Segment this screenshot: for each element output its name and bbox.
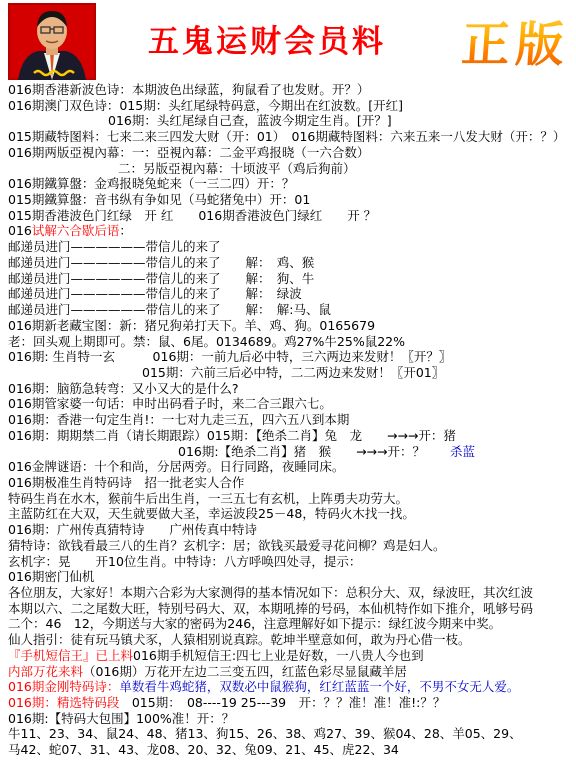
- text-line: 015期香港波色门红绿 开 红 016期香港波色门绿红 开 ？: [8, 208, 576, 224]
- text-segment: 『手机短信王』已上料: [8, 648, 133, 663]
- text-line: 『手机短信王』已上料016期手机短信王:四七上业是好数，一八贵人今也到: [8, 648, 576, 664]
- text-line: 016期：香港一句定生肖!：一七对九走三五，四六五八到本期: [8, 412, 576, 428]
- text-segment: 016期:【特码大包围】100%准！开：？: [8, 711, 234, 726]
- content-lines: 016期香港新波色诗：本期波色出绿蓝，狗鼠看了也发财。开？）016期澳门双色诗：…: [0, 82, 576, 758]
- text-segment: 016期香港新波色诗：本期波色出绿蓝，狗鼠看了也发财。开？）: [8, 82, 369, 97]
- text-line: 016期密门仙机: [8, 569, 576, 585]
- text-segment: 仙人指引：徒有玩马镇犬豕，人猿相别说真踪。乾坤半壁意如何，敢为丹心借一枝。: [8, 632, 471, 647]
- text-segment: 单数看牛鸡蛇猪，双数必中鼠猴狗，红红蓝蓝一个好，不男不女无人爱。: [119, 679, 519, 694]
- text-line: 本期以六、二之尾数大旺，特别号码大、双，本期吼捧的号码，本仙机特作如下推介，吼够…: [8, 601, 576, 617]
- text-segment: 猜特诗：欲钱看最三八的生肖？玄机字：居；欲钱买最爱寻花问柳？鸡是妇人。: [8, 538, 446, 553]
- text-line: 猜特诗：欲钱看最三八的生肖？玄机字：居；欲钱买最爱寻花问柳？鸡是妇人。: [8, 538, 576, 554]
- portrait-photo: [8, 3, 96, 80]
- portrait-photo-image: [8, 3, 96, 80]
- text-line: 牛11、23、34、鼠24、48、猪13、狗15、26、38、鸡27、39、猴0…: [8, 726, 576, 742]
- text-line: 邮递员进门——————带信儿的来了: [8, 239, 576, 255]
- text-segment: 016期: 生肖特一玄 016期：一前九后必中特，三六两边来发财！〖开？〗: [8, 349, 451, 364]
- text-segment: 试解六合歇后语: [32, 223, 120, 238]
- text-line: 016期：精选特码段 015期： 08----19 25---39 开：？？准！…: [8, 695, 576, 711]
- text-line: 玄机字：晃 开10位生肖。中特诗：八方呼唤四处寻，提示：: [8, 554, 576, 570]
- text-line: 内部万花来料（016期）万花开左边二三变五四，红蓝色彩尽显鼠藏羊居: [8, 664, 576, 680]
- text-segment: 各位朋友，大家好！本期六合彩为大家测得的基本情况如下：总积分大、双，绿波旺，其次…: [8, 585, 533, 600]
- text-segment: （016期）万花开左边二三变五四，红蓝色彩尽显鼠藏羊居: [83, 664, 407, 679]
- text-line: 邮递员进门——————带信儿的来了 解： 鸡、猴: [8, 255, 576, 271]
- text-line: 邮递员进门——————带信儿的来了 解： 绿波: [8, 286, 576, 302]
- text-line: 016期：广州传真猜特诗 广州传真中特诗: [8, 522, 576, 538]
- text-segment: 主蓝防红在大双，天生就要做大圣，幸运波段25－48，特码火木找一找。: [8, 506, 415, 521]
- text-segment: 016期：精选特码段: [8, 695, 119, 710]
- text-segment: 马42、蛇07、31、43、龙08、20、32、兔09、21、45、虎22、34: [8, 742, 399, 757]
- text-segment: 016期：头红尾绿自己查，蓝波今期定生肖。[开？]: [108, 113, 392, 128]
- text-segment: 016期：脑筋急转弯：又小又大的是什么?: [8, 381, 239, 396]
- text-segment: 015期香港波色门红绿 开 红 016期香港波色门绿红 开 ？: [8, 208, 376, 223]
- text-segment: 016期澳门双色诗：015期：头红尾绿特码意，今期出在红波数。[开红]: [8, 98, 403, 113]
- text-line: 016期：期期禁二肖（请长期跟踪）015期：【绝杀二肖】兔 龙 →→→开：猪: [8, 428, 576, 444]
- text-segment: 玄机字：晃 开10位生肖。中特诗：八方呼唤四处寻，提示：: [8, 554, 361, 569]
- text-segment: 015期：六前三后必中特，二二两边来发财！〖开01〗: [142, 365, 444, 380]
- text-segment: 016期：期期禁二肖（请长期跟踪）015期：【绝杀二肖】兔 龙 →→→开：猪: [8, 428, 456, 443]
- text-segment: 016金牌谜语：十个和尚，分居两旁。日行同路，夜睡同床。: [8, 459, 344, 474]
- text-segment: 邮递员进门——————带信儿的来了 解： 狗、牛: [8, 271, 314, 286]
- text-segment: 邮递员进门——————带信儿的来了 解： 鸡、猴: [8, 255, 314, 270]
- text-segment: 二：另版亞視內幕：十顷波平（鸡后狗前）: [118, 161, 356, 176]
- text-segment: 016期两版亞視內幕：一：亞視內幕：二金平鸡报晓（一六合数）: [8, 145, 369, 160]
- text-line: 016期：头红尾绿自己查，蓝波今期定生肖。[开？]: [8, 113, 576, 129]
- text-line: 016期两版亞視內幕：一：亞視內幕：二金平鸡报晓（一六合数）: [8, 145, 576, 161]
- text-line: 016期鐵算盤：金鸡报晓兔蛇来（一三二四）开：？: [8, 176, 576, 192]
- text-line: 015期藏特图料：七来二来三四发大财（开：01） 016期藏特图料：六来五来一八…: [8, 129, 576, 145]
- text-segment: 内部万花来料: [8, 664, 83, 679]
- text-line: 015期：六前三后必中特，二二两边来发财！〖开01〗: [8, 365, 576, 381]
- text-segment: 016期:【绝杀二肖】猪 猴 →→→开：？: [178, 444, 425, 459]
- text-line: 各位朋友，大家好！本期六合彩为大家测得的基本情况如下：总积分大、双，绿波旺，其次…: [8, 585, 576, 601]
- text-segment: 邮递员进门——————带信儿的来了 解： 解:马、鼠: [8, 302, 331, 317]
- text-segment: 二个：46 12，今期送与大家的密码为246，注意理解好如下提示：绿红波今期来中…: [8, 616, 501, 631]
- text-line: 016期金刚特码诗：单数看牛鸡蛇猪，双数必中鼠猴狗，红红蓝蓝一个好，不男不女无人…: [8, 679, 576, 695]
- header: 五鬼运财会员料 正版: [0, 0, 576, 82]
- text-line: 016期: 生肖特一玄 016期：一前九后必中特，三六两边来发财！〖开？〗: [8, 349, 576, 365]
- text-line: 特码生肖在水木，猴前牛后出生肖，一三五七有玄机，上阵勇夫功劳大。: [8, 491, 576, 507]
- text-segment: 016期：广州传真猜特诗 广州传真中特诗: [8, 522, 257, 537]
- text-segment: 016期新老藏宝图：新：猪兄狗弟打天下。羊、鸡、狗。0165679: [8, 318, 375, 333]
- text-segment: 016期鐵算盤：金鸡报晓兔蛇来（一三二四）开：？: [8, 176, 294, 191]
- text-segment: 牛11、23、34、鼠24、48、猪13、狗15、26、38、鸡27、39、猴0…: [8, 726, 522, 741]
- text-line: 主蓝防红在大双，天生就要做大圣，幸运波段25－48，特码火木找一找。: [8, 506, 576, 522]
- text-segment: 邮递员进门——————带信儿的来了: [8, 239, 221, 254]
- text-segment: 杀蓝: [425, 444, 475, 459]
- text-line: 016期新老藏宝图：新：猪兄狗弟打天下。羊、鸡、狗。0165679: [8, 318, 576, 334]
- text-line: 016期管家婆一句话：申时出码看子时，来二合三跟六七。: [8, 396, 576, 412]
- text-segment: 016期管家婆一句话：申时出码看子时，来二合三跟六七。: [8, 396, 332, 411]
- text-segment: ：: [119, 223, 132, 238]
- text-segment: 015期鐵算盤：音书纵有争如见（马蛇猪兔中）开：01: [8, 192, 310, 207]
- text-segment: 特码生肖在水木，猴前牛后出生肖，一三五七有玄机，上阵勇夫功劳大。: [8, 491, 408, 506]
- text-line: 016期:【特码大包围】100%准！开：？: [8, 711, 576, 727]
- text-segment: 本期以六、二之尾数大旺，特别号码大、双，本期吼捧的号码，本仙机特作如下推介，吼够…: [8, 601, 533, 616]
- text-line: 老：回头观上期即可。禁：鼠、6尾。0134689。鸡27%牛25%鼠22%: [8, 334, 576, 350]
- text-segment: 015期： 08----19 25---39 开：？？准！准！准!:？？: [119, 695, 445, 710]
- text-segment: 016: [8, 223, 32, 238]
- text-line: 016试解六合歇后语：: [8, 223, 576, 239]
- text-segment: 016期极准生肖特码诗 招一批老实人合作: [8, 475, 244, 490]
- text-line: 二：另版亞視內幕：十顷波平（鸡后狗前）: [8, 161, 576, 177]
- text-line: 016期：脑筋急转弯：又小又大的是什么?: [8, 381, 576, 397]
- text-line: 016期香港新波色诗：本期波色出绿蓝，狗鼠看了也发财。开？）: [8, 82, 576, 98]
- text-line: 016期极准生肖特码诗 招一批老实人合作: [8, 475, 576, 491]
- text-line: 016期澳门双色诗：015期：头红尾绿特码意，今期出在红波数。[开红]: [8, 98, 576, 114]
- text-line: 016期:【绝杀二肖】猪 猴 →→→开：？ 杀蓝: [8, 444, 576, 460]
- text-line: 邮递员进门——————带信儿的来了 解： 解:马、鼠: [8, 302, 576, 318]
- text-line: 016金牌谜语：十个和尚，分居两旁。日行同路，夜睡同床。: [8, 459, 576, 475]
- text-line: 仙人指引：徒有玩马镇犬豕，人猿相别说真踪。乾坤半壁意如何，敢为丹心借一枝。: [8, 632, 576, 648]
- text-line: 二个：46 12，今期送与大家的密码为246，注意理解好如下提示：绿红波今期来中…: [8, 616, 576, 632]
- text-segment: 016期：香港一句定生肖!：一七对九走三五，四六五八到本期: [8, 412, 349, 427]
- page-title: 五鬼运财会员料: [148, 16, 386, 61]
- text-line: 马42、蛇07、31、43、龙08、20、32、兔09、21、45、虎22、34: [8, 742, 576, 758]
- page: 五鬼运财会员料 正版 016期香港新波色诗：本期波色出绿蓝，狗鼠看了也发财。开？…: [0, 0, 576, 761]
- text-line: 015期鐵算盤：音书纵有争如见（马蛇猪兔中）开：01: [8, 192, 576, 208]
- text-segment: 016期金刚特码诗：: [8, 679, 119, 694]
- text-segment: 016期手机短信王:四七上业是好数，一八贵人今也到: [133, 648, 424, 663]
- text-segment: 015期藏特图料：七来二来三四发大财（开：01） 016期藏特图料：六来五来一八…: [8, 129, 565, 144]
- text-segment: 016期密门仙机: [8, 569, 94, 584]
- text-line: 邮递员进门——————带信儿的来了 解： 狗、牛: [8, 271, 576, 287]
- text-segment: 老：回头观上期即可。禁：鼠、6尾。0134689。鸡27%牛25%鼠22%: [8, 334, 405, 349]
- text-segment: 邮递员进门——————带信儿的来了 解： 绿波: [8, 286, 302, 301]
- edition-badge: 正版: [460, 6, 573, 75]
